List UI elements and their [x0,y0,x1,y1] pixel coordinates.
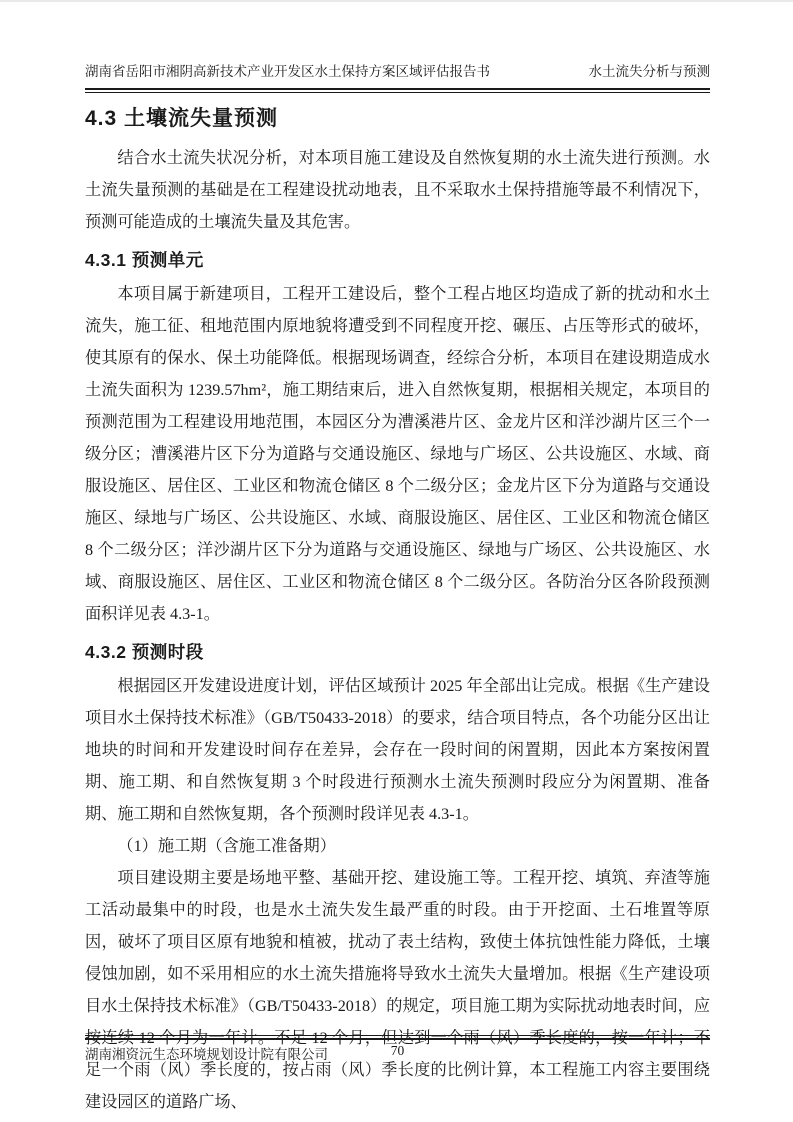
header-right-title: 水土流失分析与预测 [589,60,711,80]
construction-period-paragraph: 项目建设期主要是场地平整、基础开挖、建设施工等。工程开挖、填筑、弃渣等施工活动最… [85,862,710,1118]
header-rule [85,88,710,93]
subsection-title-4-3-1: 4.3.1 预测单元 [85,247,710,272]
prediction-unit-paragraph: 本项目属于新建项目，工程开工建设后，整个工程占地区均造成了新的扰动和水土流失，施… [85,278,710,630]
intro-paragraph: 结合水土流失状况分析，对本项目施工建设及自然恢复期的水土流失进行预测。水土流失量… [85,142,710,238]
header-left-title: 湖南省岳阳市湘阴高新技术产业开发区水土保持方案区域评估报告书 [85,60,490,80]
page-header: 湖南省岳阳市湘阴高新技术产业开发区水土保持方案区域评估报告书 水土流失分析与预测 [85,60,710,80]
section-title-4-3: 4.3 土壤流失量预测 [85,102,710,132]
document-body: 4.3 土壤流失量预测 结合水土流失状况分析，对本项目施工建设及自然恢复期的水土… [85,98,710,1118]
page-number: 70 [85,1043,710,1059]
document-page: 湖南省岳阳市湘阴高新技术产业开发区水土保持方案区域评估报告书 水土流失分析与预测… [0,0,793,1122]
prediction-period-paragraph: 根据园区开发建设进度计划，评估区域预计 2025 年全部出让完成。根据《生产建设… [85,670,710,830]
construction-period-item: （1）施工期（含施工准备期） [85,830,710,862]
subsection-title-4-3-2: 4.3.2 预测时段 [85,639,710,664]
footer-rule [85,1035,710,1040]
